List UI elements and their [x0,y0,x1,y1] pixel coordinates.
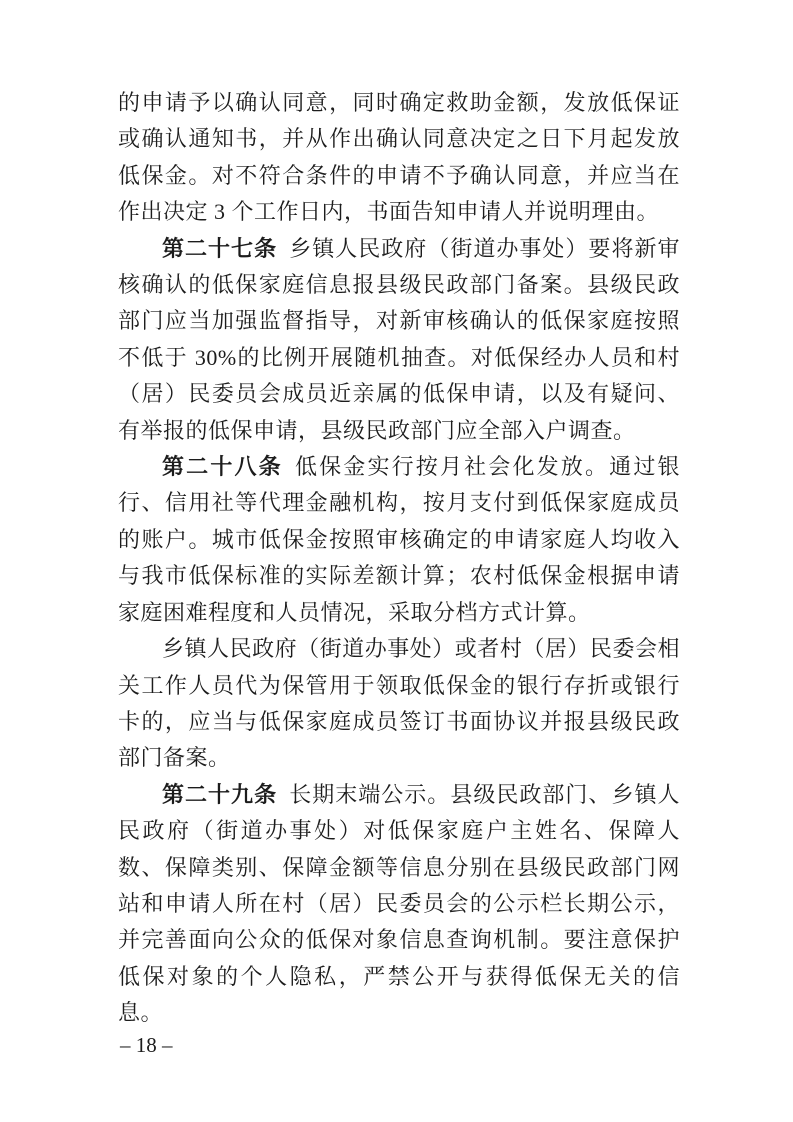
document-page: 的申请予以确认同意，同时确定救助金额，发放低保证或确认通知书，并从作出确认同意决… [0,0,793,1122]
paragraph-article-28: 第二十八条低保金实行按月社会化发放。通过银行、信用社等代理金融机构，按月支付到低… [118,449,680,631]
paragraph-article-27: 第二十七条乡镇人民政府（街道办事处）要将新审核确认的低保家庭信息报县级民政部门备… [118,231,680,449]
paragraph-article-29: 第二十九条长期末端公示。县级民政部门、乡镇人民政府（街道办事处）对低保家庭户主姓… [118,777,680,1032]
paragraph-continuation: 的申请予以确认同意，同时确定救助金额，发放低保证或确认通知书，并从作出确认同意决… [118,85,680,231]
paragraph-text: 长期末端公示。县级民政部门、乡镇人民政府（街道办事处）对低保家庭户主姓名、保障人… [118,782,680,1025]
article-28-number: 第二十八条 [162,454,283,479]
page-footer: – 18 – [120,1030,173,1060]
article-29-number: 第二十九条 [162,782,277,807]
page-number: – 18 – [120,1033,173,1057]
paragraph-text: 乡镇人民政府（街道办事处）或者村（居）民委会相关工作人员代为保管用于领取低保金的… [118,636,680,770]
article-27-number: 第二十七条 [162,236,277,261]
paragraph-text: 乡镇人民政府（街道办事处）要将新审核确认的低保家庭信息报县级民政部门备案。县级民… [118,236,680,443]
paragraph-article-28-cont: 乡镇人民政府（街道办事处）或者村（居）民委会相关工作人员代为保管用于领取低保金的… [118,631,680,777]
document-body: 的申请予以确认同意，同时确定救助金额，发放低保证或确认通知书，并从作出确认同意决… [118,85,680,1032]
paragraph-text: 的申请予以确认同意，同时确定救助金额，发放低保证或确认通知书，并从作出确认同意决… [118,90,680,224]
paragraph-text: 低保金实行按月社会化发放。通过银行、信用社等代理金融机构，按月支付到低保家庭成员… [118,454,680,625]
